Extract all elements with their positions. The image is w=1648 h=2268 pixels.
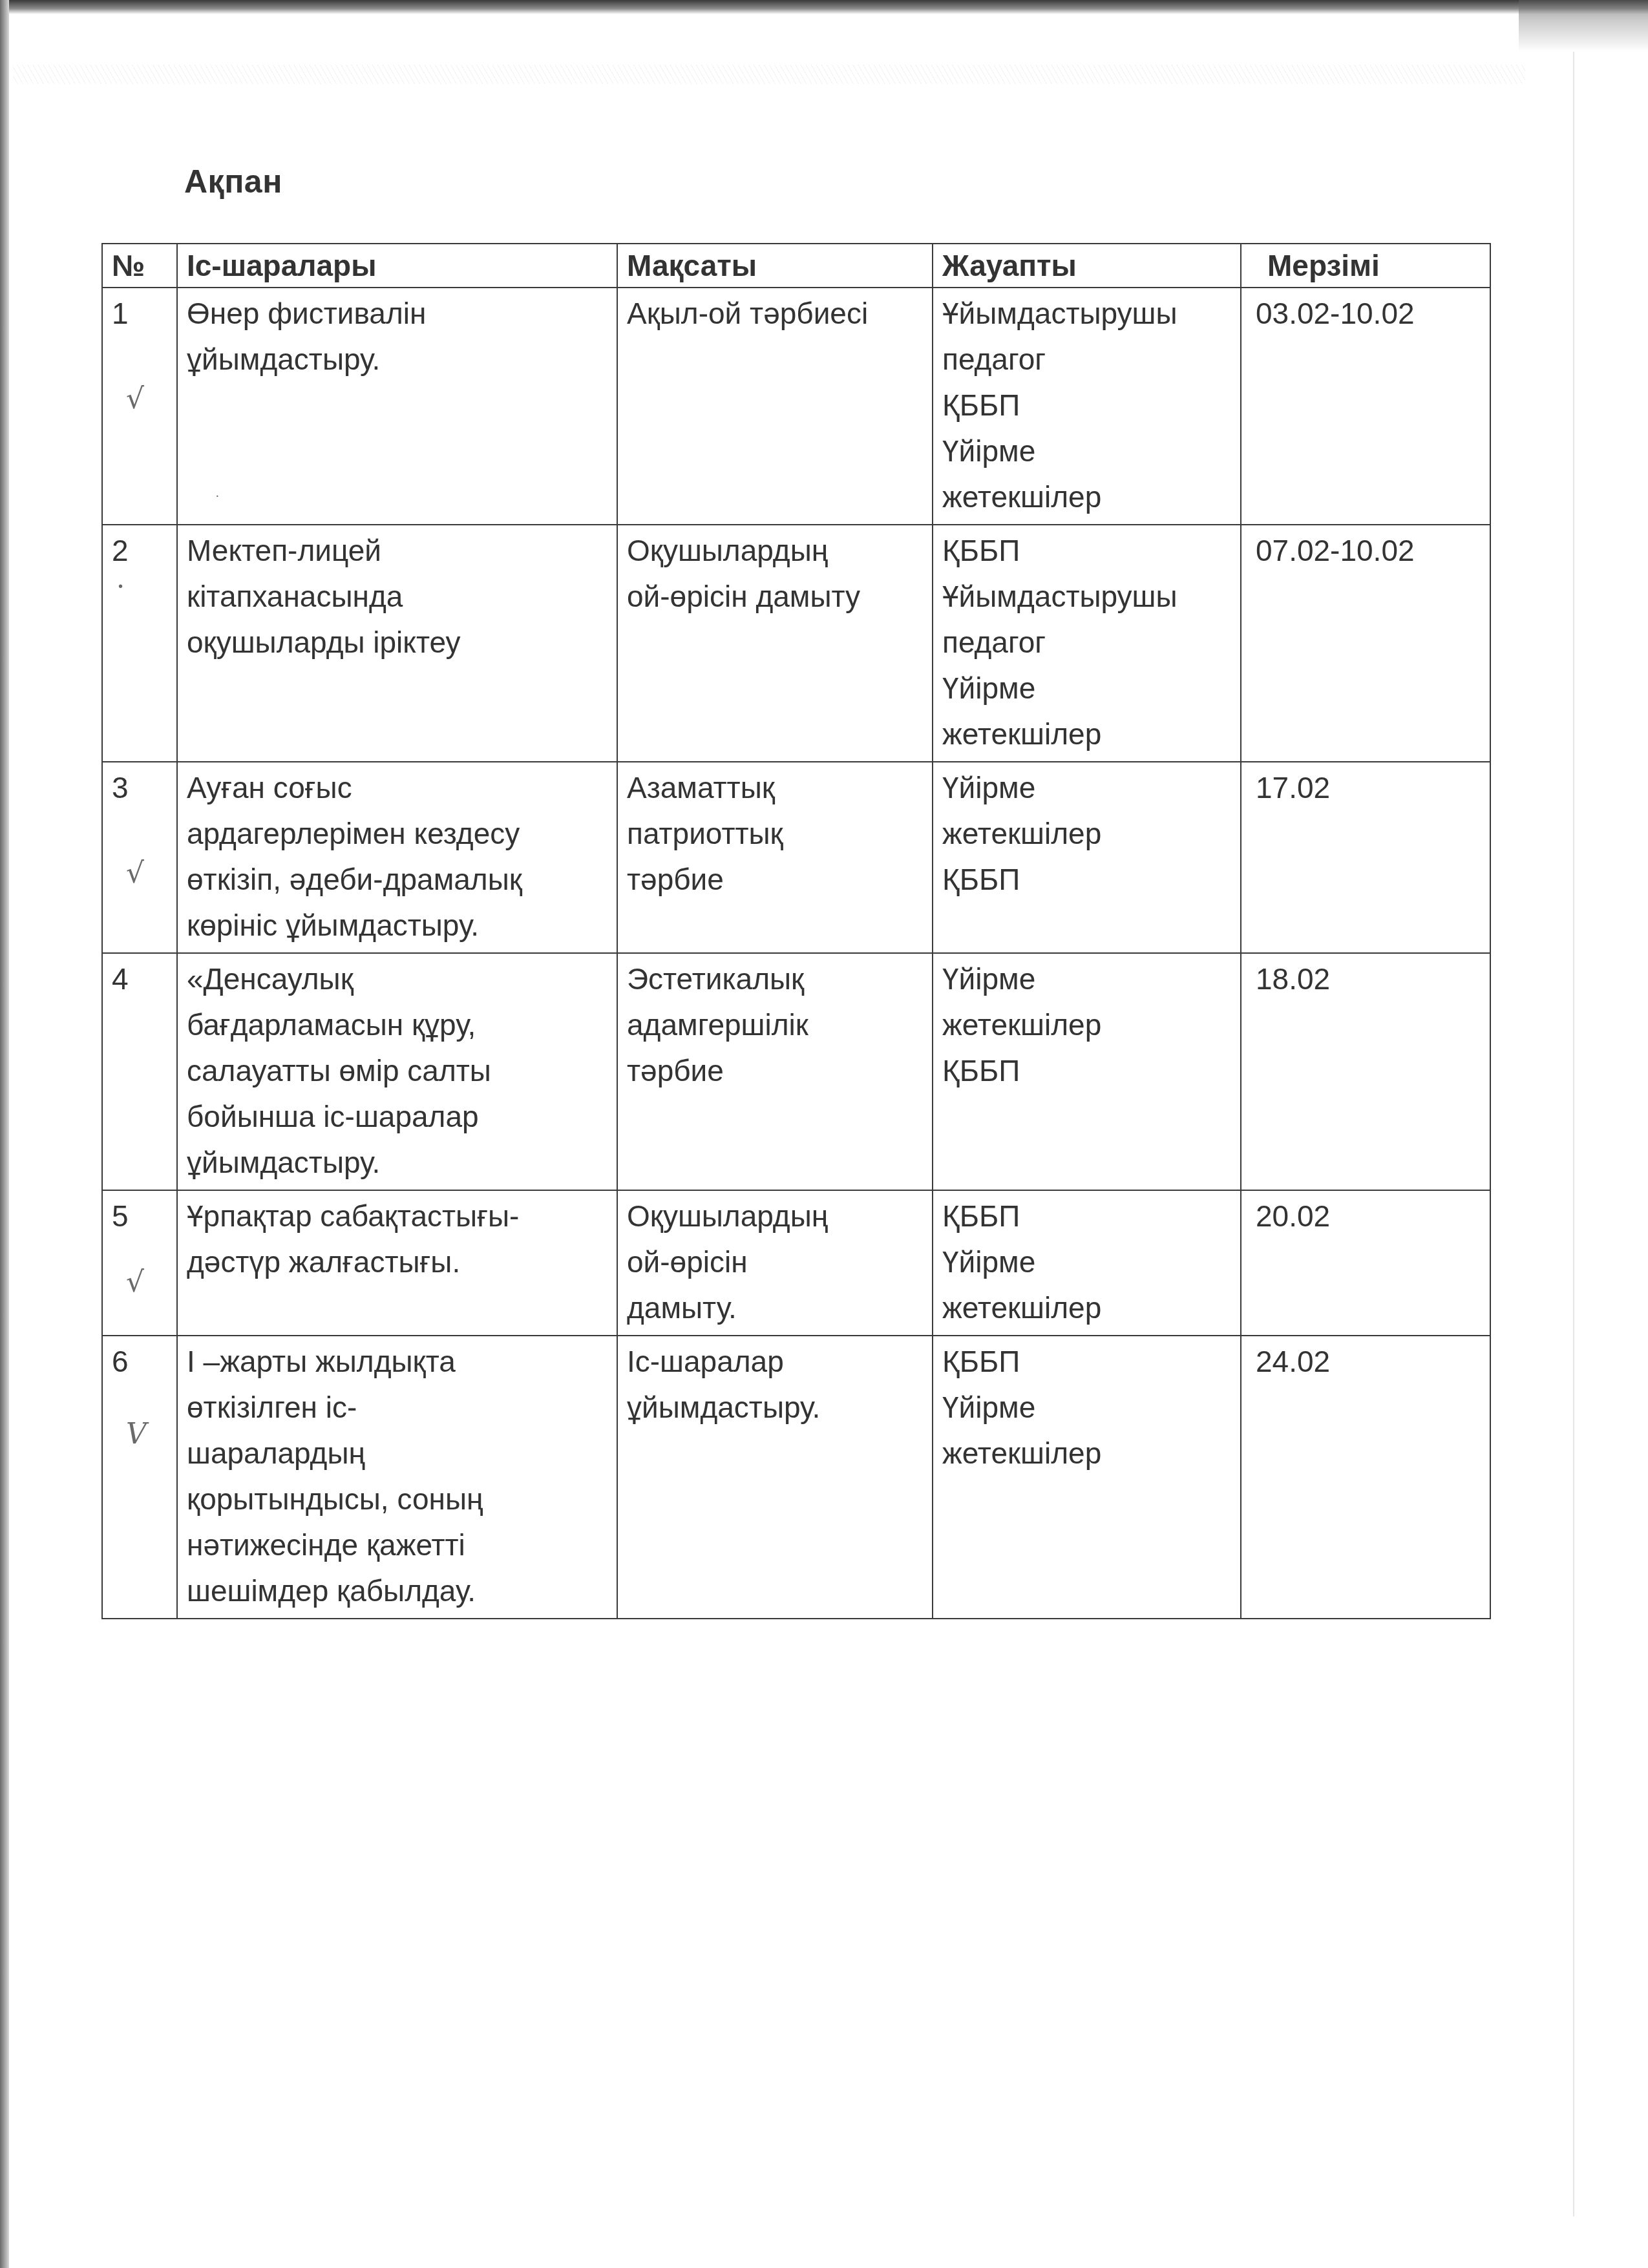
event-cell-line: Мектеп-лицей: [187, 528, 607, 574]
event-cell-line: І –жарты жылдықта: [187, 1339, 607, 1385]
event-cell: І –жарты жылдықтаөткізілген іс-шараларды…: [177, 1336, 617, 1619]
row-number-cell: 1√: [102, 288, 177, 525]
row-number: 1: [112, 297, 129, 330]
goal-cell-line: патриоттық: [627, 811, 923, 857]
event-cell-line: өткізіп, әдеби-драмалық: [187, 857, 607, 903]
responsible-cell-line: жетекшілер: [942, 1285, 1231, 1331]
event-cell-line: шаралардың: [187, 1431, 607, 1476]
responsible-cell-line: ҚББП: [942, 1193, 1231, 1239]
row-number: 4: [112, 962, 129, 996]
responsible-cell-line: педагог: [942, 337, 1231, 383]
event-cell: Ұрпақтар сабақтастығы-дәстүр жалғастығы.: [177, 1190, 617, 1336]
goal-cell-line: тәрбие: [627, 1048, 923, 1094]
event-cell-line: шешімдер қабылдау.: [187, 1568, 607, 1614]
goal-cell-line: Эстетикалық: [627, 956, 923, 1002]
goal-cell: Оқушылардыңой-өрісіндамыту.: [617, 1190, 933, 1336]
scan-shadow-right: [1519, 0, 1648, 52]
event-cell-line: Өнер фистивалін: [187, 291, 607, 337]
table-row: 6VІ –жарты жылдықтаөткізілген іс-шаралар…: [102, 1336, 1490, 1619]
goal-cell: Эстетикалықадамгершіліктәрбие: [617, 953, 933, 1190]
event-cell-line: Ауған соғыс: [187, 765, 607, 811]
row-number: 5: [112, 1199, 129, 1233]
event-cell-line: салауатты өмір салты: [187, 1048, 607, 1094]
goal-cell-line: Іс-шаралар: [627, 1339, 923, 1385]
responsible-cell-line: Үйірме: [942, 666, 1231, 711]
deadline-value: 07.02-10.02: [1256, 534, 1415, 567]
pen-mark-icon: ·: [215, 473, 220, 519]
responsible-cell-line: Үйірме: [942, 428, 1231, 474]
responsible-cell-line: ҚББП: [942, 528, 1231, 574]
responsible-cell-line: педагог: [942, 620, 1231, 666]
goal-cell-line: ұйымдастыру.: [627, 1385, 923, 1431]
responsible-cell-line: жетекшілер: [942, 711, 1231, 757]
handwritten-check-icon: √: [126, 859, 144, 888]
responsible-cell-line: ҚББП: [942, 383, 1231, 428]
responsible-cell: ҰйымдастырушыпедагогҚББПҮйірмежетекшілер: [933, 288, 1241, 525]
row-number: 6: [112, 1345, 129, 1378]
handwritten-check-icon: √: [126, 385, 144, 414]
deadline-cell: 17.02: [1241, 762, 1490, 953]
event-cell-line: бағдарламасын құру,: [187, 1002, 607, 1048]
goal-cell: Азаматтықпатриоттықтәрбие: [617, 762, 933, 953]
responsible-cell: ҚББПҮйірмежетекшілер: [933, 1336, 1241, 1619]
scan-noise: [13, 65, 1525, 84]
row-number-cell: 2•: [102, 525, 177, 762]
event-cell-line: ардагерлерімен кездесу: [187, 811, 607, 857]
responsible-cell-line: Үйірме: [942, 956, 1231, 1002]
responsible-cell: ҮйірмежетекшілерҚББП: [933, 953, 1241, 1190]
goal-cell: Оқушылардыңой-өрісін дамыту: [617, 525, 933, 762]
responsible-cell-line: Ұйымдастырушы: [942, 291, 1231, 337]
scan-shadow-top: [0, 0, 1648, 14]
header-number: №: [102, 244, 177, 288]
deadline-value: 03.02-10.02: [1256, 297, 1415, 330]
goal-cell: Іс-шараларұйымдастыру.: [617, 1336, 933, 1619]
scan-shadow-left: [0, 0, 9, 2268]
deadline-cell: 18.02: [1241, 953, 1490, 1190]
event-cell-line: «Денсаулық: [187, 956, 607, 1002]
goal-cell-line: Азаматтық: [627, 765, 923, 811]
table-row: 2•Мектеп-лицейкітапханасындаоқушыларды і…: [102, 525, 1490, 762]
event-cell: Ауған соғысардагерлерімен кездесуөткізіп…: [177, 762, 617, 953]
goal-cell-line: тәрбие: [627, 857, 923, 903]
events-plan-table: № Іс-шаралары Мақсаты Жауапты Мерзімі 1√…: [101, 243, 1491, 1619]
deadline-cell: 20.02: [1241, 1190, 1490, 1336]
header-responsible: Жауапты: [933, 244, 1241, 288]
goal-cell-line: Ақыл-ой тәрбиесі: [627, 291, 923, 337]
table-row: 1√Өнер фистивалінұйымдастыру.·Ақыл-ой тә…: [102, 288, 1490, 525]
responsible-cell-line: Үйірме: [942, 1239, 1231, 1285]
header-events: Іс-шаралары: [177, 244, 617, 288]
page-title: Ақпан: [184, 163, 282, 200]
responsible-cell-line: жетекшілер: [942, 474, 1231, 520]
event-cell-line: қорытындысы, соның: [187, 1476, 607, 1522]
goal-cell-line: дамыту.: [627, 1285, 923, 1331]
goal-cell-line: Оқушылардың: [627, 1193, 923, 1239]
pen-mark-icon: •: [118, 564, 123, 610]
deadline-value: 24.02: [1256, 1345, 1330, 1378]
row-number-cell: 6V: [102, 1336, 177, 1619]
table-header-row: № Іс-шаралары Мақсаты Жауапты Мерзімі: [102, 244, 1490, 288]
handwritten-check-icon: V: [126, 1420, 147, 1449]
event-cell-line: оқушыларды іріктеу: [187, 620, 607, 666]
row-number: 2: [112, 534, 129, 567]
deadline-cell: 07.02-10.02: [1241, 525, 1490, 762]
goal-cell-line: адамгершілік: [627, 1002, 923, 1048]
row-number-cell: 4: [102, 953, 177, 1190]
responsible-cell-line: Ұйымдастырушы: [942, 574, 1231, 620]
table-row: 5√Ұрпақтар сабақтастығы-дәстүр жалғастығ…: [102, 1190, 1490, 1336]
responsible-cell-line: жетекшілер: [942, 1002, 1231, 1048]
responsible-cell: ҮйірмежетекшілерҚББП: [933, 762, 1241, 953]
goal-cell: Ақыл-ой тәрбиесі: [617, 288, 933, 525]
event-cell: Өнер фистивалінұйымдастыру.·: [177, 288, 617, 525]
deadline-value: 20.02: [1256, 1199, 1330, 1233]
deadline-value: 18.02: [1256, 962, 1330, 996]
row-number-cell: 5√: [102, 1190, 177, 1336]
event-cell-line: дәстүр жалғастығы.: [187, 1239, 607, 1285]
event-cell-line: көрініс ұйымдастыру.: [187, 903, 607, 949]
event-cell-line: Ұрпақтар сабақтастығы-: [187, 1193, 607, 1239]
responsible-cell-line: Үйірме: [942, 765, 1231, 811]
table-row: 4«Денсаулықбағдарламасын құру,салауатты …: [102, 953, 1490, 1190]
responsible-cell-line: Үйірме: [942, 1385, 1231, 1431]
responsible-cell-line: жетекшілер: [942, 1431, 1231, 1476]
row-number: 3: [112, 771, 129, 804]
responsible-cell: ҚББПҮйірмежетекшілер: [933, 1190, 1241, 1336]
responsible-cell-line: ҚББП: [942, 1339, 1231, 1385]
goal-cell-line: ой-өрісін: [627, 1239, 923, 1285]
table-row: 3√Ауған соғысардагерлерімен кездесуөткіз…: [102, 762, 1490, 953]
row-number-cell: 3√: [102, 762, 177, 953]
responsible-cell-line: жетекшілер: [942, 811, 1231, 857]
event-cell-line: ұйымдастыру.: [187, 1140, 607, 1186]
handwritten-check-icon: √: [126, 1268, 144, 1297]
goal-cell-line: Оқушылардың: [627, 528, 923, 574]
responsible-cell: ҚББПҰйымдастырушыпедагогҮйірмежетекшілер: [933, 525, 1241, 762]
responsible-cell-line: ҚББП: [942, 857, 1231, 903]
header-deadline: Мерзімі: [1241, 244, 1490, 288]
goal-cell-line: ой-өрісін дамыту: [627, 574, 923, 620]
responsible-cell-line: ҚББП: [942, 1048, 1231, 1094]
event-cell-line: нәтижесінде қажетті: [187, 1522, 607, 1568]
event-cell-line: ұйымдастыру.: [187, 337, 607, 383]
deadline-cell: 24.02: [1241, 1336, 1490, 1619]
deadline-value: 17.02: [1256, 771, 1330, 804]
event-cell-line: өткізілген іс-: [187, 1385, 607, 1431]
page-fold-line: [1573, 52, 1574, 2216]
event-cell: Мектеп-лицейкітапханасындаоқушыларды ірі…: [177, 525, 617, 762]
event-cell-line: бойынша іс-шаралар: [187, 1094, 607, 1140]
event-cell-line: кітапханасында: [187, 574, 607, 620]
deadline-cell: 03.02-10.02: [1241, 288, 1490, 525]
header-goal: Мақсаты: [617, 244, 933, 288]
event-cell: «Денсаулықбағдарламасын құру,салауатты ө…: [177, 953, 617, 1190]
